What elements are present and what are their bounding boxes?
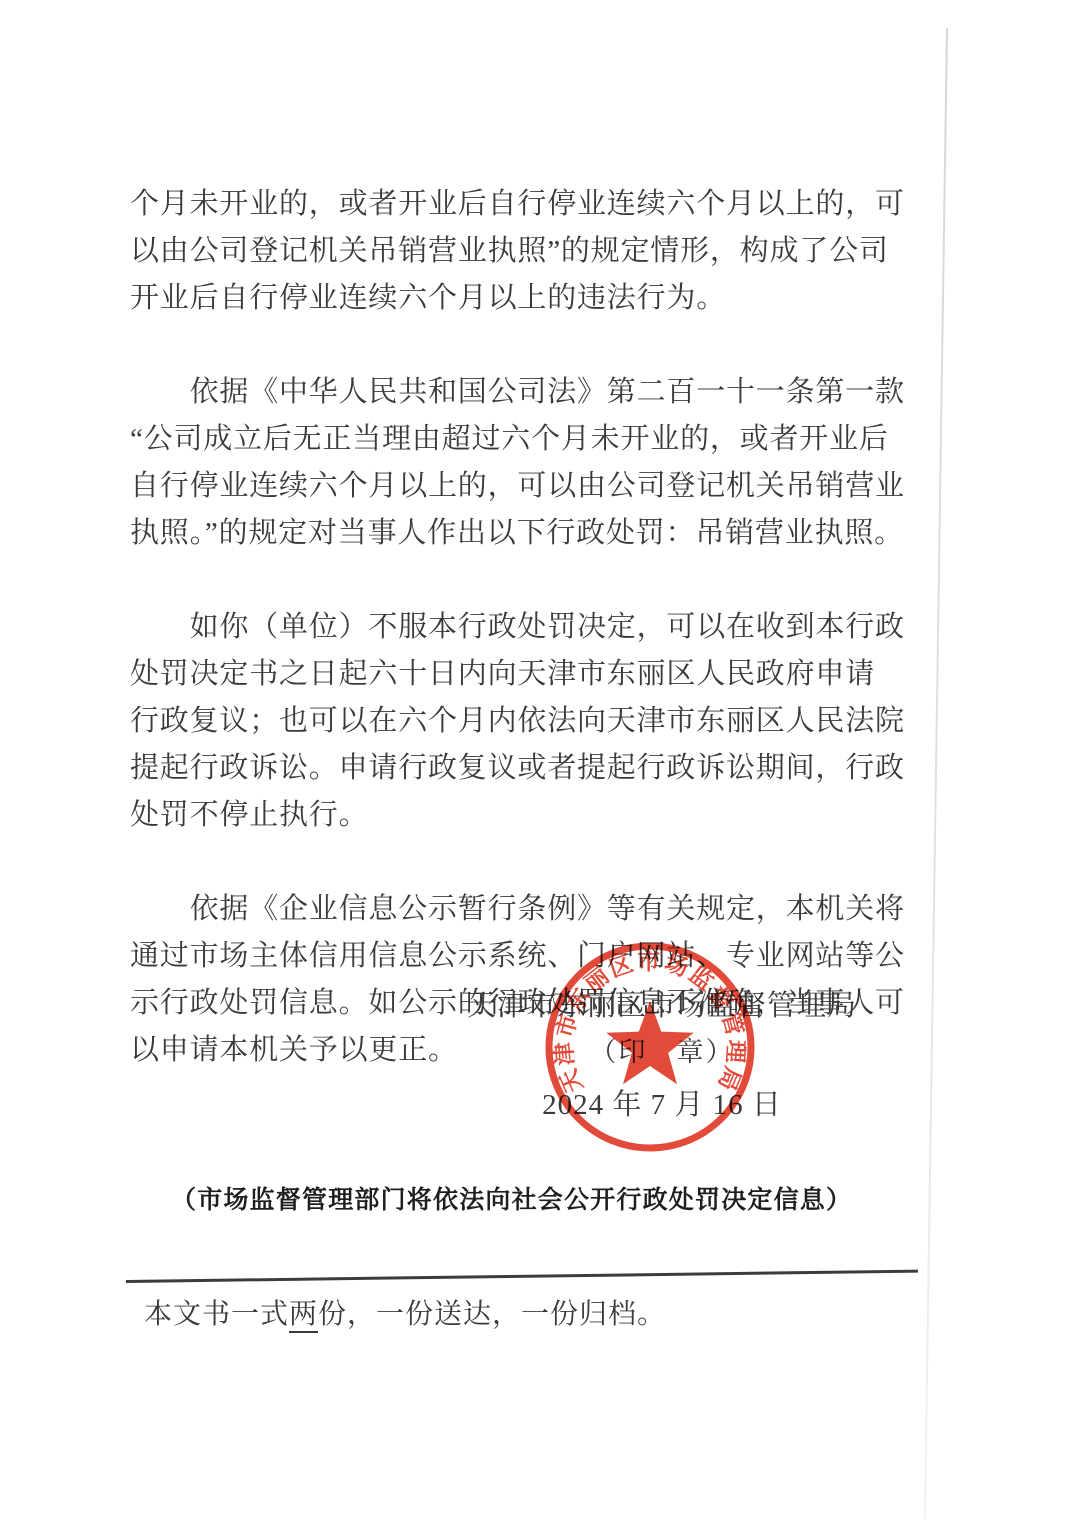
copies-note: 本文书一式两份，一份送达，一份归档。 — [144, 1292, 666, 1332]
paragraph-appeal-rights: 如你（单位）不服本行政处罚决定，可以在收到本行政 处罚决定书之日起六十日内向天津… — [130, 604, 930, 839]
paragraph-violation: 个月未开业的，或者开业后自行停业连续六个月以上的，可 以由公司登记机关吊销营业执… — [130, 181, 930, 322]
copies-note-suffix: 份，一份送达，一份归档。 — [318, 1299, 666, 1330]
copies-note-prefix: 本文书一式 — [144, 1299, 289, 1330]
copies-note-underlined: 两 — [289, 1299, 318, 1333]
document-body: 个月未开业的，或者开业后自行停业连续六个月以上的，可 以由公司登记机关吊销营业执… — [130, 134, 930, 1121]
seal-star-icon — [606, 1001, 693, 1084]
paragraph-legal-basis: 依据《中华人民共和国公司法》第二百一十一条第一款 “公司成立后无正当理由超过六个… — [130, 369, 930, 557]
public-disclosure-note: （市场监督管理部门将依法向社会公开行政处罚决定信息） — [171, 1180, 852, 1216]
footer-divider-line — [126, 1270, 918, 1283]
scanned-document-page: 个月未开业的，或者开业后自行停业连续六个月以上的，可 以由公司登记机关吊销营业执… — [0, 0, 1075, 1520]
official-red-seal: 天津市东丽区市场监督管理局 — [537, 932, 763, 1158]
seal-graphic: 天津市东丽区市场监督管理局 — [537, 932, 763, 1158]
